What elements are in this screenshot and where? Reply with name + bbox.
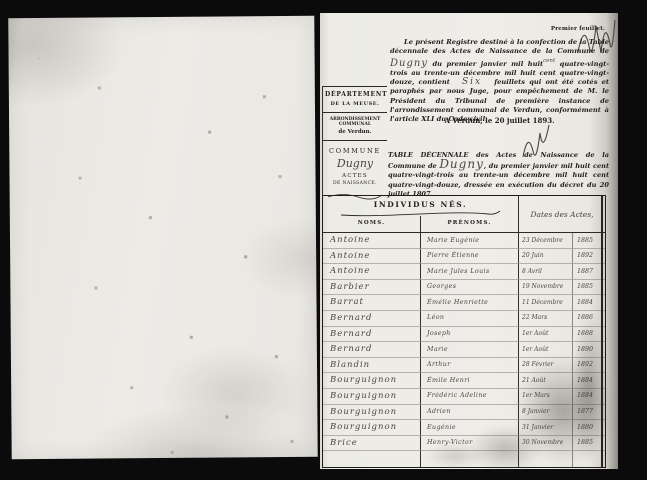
year-cell: 1884 xyxy=(572,389,605,405)
paper-stain xyxy=(159,347,310,438)
year-cell: 1885 xyxy=(572,436,605,452)
actes-type-label: DE NAISSANCE. xyxy=(325,181,385,186)
date-cell: 21 Août xyxy=(518,373,572,389)
date-cell: 8 Avril xyxy=(518,264,572,280)
year-cell: 1880 xyxy=(572,420,605,436)
prenom-cell: Émélie Henriette xyxy=(420,295,518,311)
year-cell: 1887 xyxy=(572,264,605,280)
year-cell: 1885 xyxy=(572,280,605,296)
date-cell: 8 Janvier xyxy=(518,405,572,421)
prenom-cell: Eugénie xyxy=(420,420,518,436)
prenom-cell: Henry-Victor xyxy=(420,436,518,452)
prenom-cell: Marie Jules Louis xyxy=(420,264,518,280)
registry-right-page: Premier feuillet. DÉPARTEMENT DE LA MEUS… xyxy=(320,13,618,469)
date-cell: 11 Décembre xyxy=(518,295,572,311)
prenom-cell: Adrien xyxy=(420,405,518,421)
nom-cell: Bourguignon xyxy=(323,389,420,405)
individus-nes-label: INDIVIDUS NÉS. xyxy=(374,200,468,209)
blank-left-page xyxy=(8,16,317,459)
nom-cell: Antoine xyxy=(323,233,420,249)
year-cell: 1888 xyxy=(572,327,605,343)
date-cell: 1er Mars xyxy=(518,389,572,405)
noms-column-header: NOMS. xyxy=(323,216,420,233)
year-cell: 1886 xyxy=(572,311,605,327)
date-cell: 1er Août xyxy=(518,342,572,358)
year-cell: 1890 xyxy=(572,342,605,358)
nom-cell: Brice xyxy=(323,436,420,452)
births-table: INDIVIDUS NÉS. Dates des Actes, NOMS. PR… xyxy=(322,195,606,468)
dates-column-header: Dates des Actes, xyxy=(518,196,605,233)
nom-cell: Bourguignon xyxy=(323,373,420,389)
nom-cell: Barrat xyxy=(323,295,420,311)
year-cell: 1885 xyxy=(572,233,605,249)
declaration-text-2: du premier janvier mil huit xyxy=(432,60,543,68)
nom-cell: Blandin xyxy=(323,358,420,374)
date-cell: 19 Novembre xyxy=(518,280,572,296)
prenom-cell: Frédéric Adeline xyxy=(420,389,518,405)
arrondissement-label: ARRONDISSEMENT COMMUNAL xyxy=(325,117,385,127)
year-cell: 1877 xyxy=(572,405,605,421)
margin-column: DÉPARTEMENT DE LA MEUSE. ARRONDISSEMENT … xyxy=(322,86,387,210)
year-cell: 1892 xyxy=(572,249,605,265)
year-cell: 1884 xyxy=(572,295,605,311)
folio-count-handwritten: Six xyxy=(454,77,490,87)
paper-specks xyxy=(39,58,40,59)
insertion-handwritten: cent xyxy=(543,58,555,64)
year-cell: 1892 xyxy=(572,358,605,374)
nom-cell: Barbier xyxy=(323,280,420,296)
arrondissement-name: de Verdun. xyxy=(325,129,385,135)
departement-block: DÉPARTEMENT DE LA MEUSE. xyxy=(323,86,387,113)
prenom-cell: Joseph xyxy=(420,327,518,343)
prenom-cell: Arthur xyxy=(420,358,518,374)
table-decennale-title: TABLE DÉCENNALE des Actes de Naissance d… xyxy=(388,151,609,199)
dateline: A Verdun, le 20 juillet 1893. xyxy=(390,116,609,125)
date-cell: 31 Janvier xyxy=(518,420,572,436)
title-commune-handwritten: Dugny xyxy=(439,157,484,171)
arrondissement-block: ARRONDISSEMENT COMMUNAL de Verdun. xyxy=(323,113,387,141)
date-cell: 1er Août xyxy=(518,327,572,343)
prenoms-column-header: PRÉNOMS. xyxy=(420,216,518,233)
prenom-cell: Émile Henri xyxy=(420,373,518,389)
nom-cell: Bourguignon xyxy=(323,405,420,421)
departement-label: DÉPARTEMENT xyxy=(325,91,385,98)
commune-handwritten: Dugny xyxy=(390,58,428,69)
commune-label: COMMUNE xyxy=(325,147,385,155)
date-cell: 22 Mars xyxy=(518,311,572,327)
date-cell: 30 Novembre xyxy=(518,436,572,452)
departement-name: DE LA MEUSE. xyxy=(325,101,385,107)
date-cell: 28 Février xyxy=(518,358,572,374)
actes-label: ACTES xyxy=(325,173,385,179)
date-cell: 23 Décembre xyxy=(518,233,572,249)
prenom-cell: Georges xyxy=(420,280,518,296)
nom-cell: Bernard xyxy=(323,311,420,327)
prenom-cell: Marie xyxy=(420,342,518,358)
prenom-cell: Léon xyxy=(420,311,518,327)
book-scan: Premier feuillet. DÉPARTEMENT DE LA MEUS… xyxy=(0,0,647,480)
prenom-cell: Marie Eugénie xyxy=(420,233,518,249)
declaration-text-1: Le présent Registre destiné à la confect… xyxy=(390,38,609,55)
registry-declaration: Le présent Registre destiné à la confect… xyxy=(390,38,609,125)
nom-cell: Bernard xyxy=(323,342,420,358)
year-cell: 1884 xyxy=(572,373,605,389)
commune-name-handwritten: Dugny xyxy=(325,157,385,170)
nom-cell: Bourguignon xyxy=(323,420,420,436)
nom-cell: Bernard xyxy=(323,327,420,343)
prenom-cell: Pierre Étienne xyxy=(420,249,518,265)
swash-rule-icon xyxy=(338,210,503,218)
date-cell: 20 Juin xyxy=(518,249,572,265)
nom-cell: Antoine xyxy=(323,264,420,280)
nom-cell: Antoine xyxy=(323,249,420,265)
individus-nes-header: INDIVIDUS NÉS. xyxy=(323,196,518,216)
